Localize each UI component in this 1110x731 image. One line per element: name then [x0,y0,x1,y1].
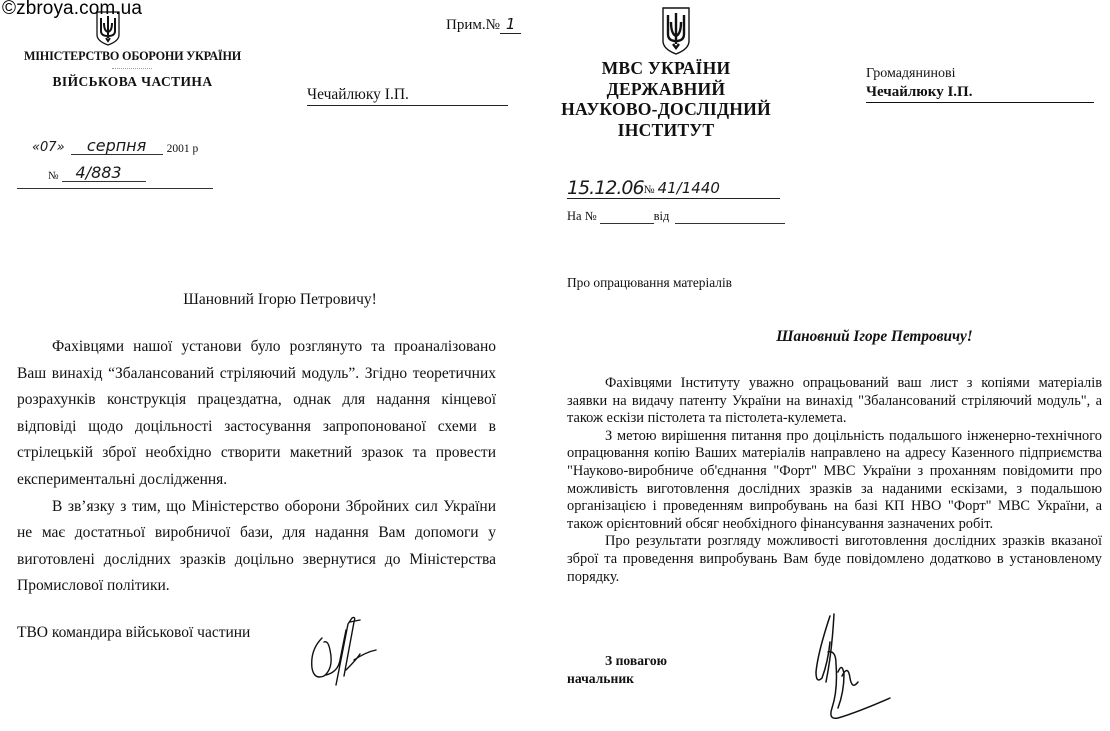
addressee: Чечайлюку І.П. [866,84,1094,103]
number-value: 4/883 [62,164,146,182]
copy-note-value: 1 [500,15,522,34]
letter-date: «07» серпня 2001 р [32,138,198,155]
outgoing-date: 15.12.06 [567,178,644,198]
subject-line: Про опрацювання матеріалів [567,275,732,291]
addressee: Чечайлюку І.П. [307,86,508,106]
copy-note: Прим.№1 [446,15,521,34]
letter-body: Фахівцями Інституту уважно опрацьований … [567,375,1102,586]
signature-icon [300,610,380,700]
ministry-header: МІНІСТЕРСТВО ОБОРОНИ УКРАЇНИ [10,49,255,64]
closing-title: начальник [567,671,634,686]
date-month: серпня [71,138,163,155]
incoming-reference: На № від [567,209,785,224]
paragraph: З метою вирішення питання про доцільніст… [567,428,1102,534]
paragraph: Про результати розгляду можливості вигот… [567,533,1102,586]
date-divider [17,188,213,189]
number-label: № [644,184,655,196]
outgoing-number: № 4/883 [48,164,146,182]
unit-header: ВІЙСЬКОВА ЧАСТИНА [10,74,255,90]
reference-number-blank [600,212,654,224]
paragraph: Фахівцями нашої установи було розглянуто… [17,334,496,494]
reference-label: На № [567,209,597,224]
greeting: Шановний Ігорю Петровичу! [0,291,560,309]
header-line: ДЕРЖАВНИЙ [560,79,772,100]
outgoing-number: 41/1440 [658,179,720,198]
letter-body: Фахівцями нашої установи було розглянуто… [17,334,496,600]
watermark-copyright: ©zbroya.com.ua [2,0,142,20]
number-label: № [48,170,59,182]
closing: З повагою начальник [567,652,667,687]
addressee-prefix: Громадянинові [866,66,955,82]
header-line: МВС УКРАЇНИ [560,58,772,79]
date-day: «07» [32,140,65,155]
paragraph: В зв’язку з тим, що Міністерство оборони… [17,494,496,600]
outgoing-reference: 15.12.06 № 41/1440 [567,178,780,199]
greeting: Шановний Ігоре Петровичу! [560,328,1105,346]
institute-header: МВС УКРАЇНИ ДЕРЖАВНИЙ НАУКОВО-ДОСЛІДНИЙ … [560,58,772,140]
header-line: ІНСТИТУТ [560,120,772,141]
copy-note-label: Прим.№ [446,17,500,33]
closing-regards: З повагою [567,652,667,670]
paragraph: Фахівцями Інституту уважно опрацьований … [567,375,1102,428]
signature-icon [808,612,898,727]
reference-date-blank [675,212,785,224]
trident-coat-of-arms-icon [661,7,691,55]
header-line: НАУКОВО-ДОСЛІДНИЙ [560,99,772,120]
reference-from-label: від [654,209,670,224]
header-divider [112,68,152,69]
date-year: 2001 р [167,143,199,155]
signer-title: ТВО командира військової частини [17,624,250,642]
